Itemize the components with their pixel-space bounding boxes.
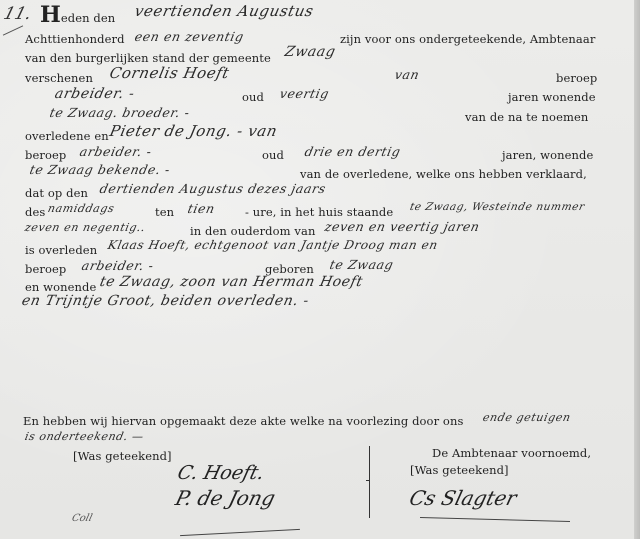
printed-text: en wonende	[25, 280, 96, 294]
printed-text: zijn voor ons ondergeteekende, Ambtenaar	[340, 32, 595, 46]
was-signed-right: [Was geteekend]	[410, 463, 509, 477]
handwritten-occupation-1: arbeider. -	[53, 86, 136, 102]
handwritten-hour: tien	[186, 201, 216, 216]
handwritten-age-2: drie en dertig	[303, 144, 402, 159]
printed-text: oud	[242, 90, 264, 104]
printed-text: is overleden	[25, 243, 97, 257]
handwritten-date: veertienden Augustus	[133, 2, 315, 20]
handwritten-age-1: veertig	[278, 86, 330, 101]
signature-witness-1: C. Hoeft.	[175, 462, 266, 484]
printed-text: ten	[155, 205, 174, 219]
handwritten-declarant-2: Pieter de Jong. - van	[108, 122, 279, 140]
printed-text: beroep	[25, 262, 66, 276]
signature-underline	[180, 529, 300, 536]
handwritten-birthplace: te Zwaag	[328, 257, 395, 272]
handwritten-residence-2: te Zwaag bekende. -	[28, 162, 171, 177]
printed-text: des	[25, 205, 45, 219]
printed-text: van den burgerlijken stand der gemeente	[25, 51, 271, 65]
printed-text: En hebben wij hiervan opgemaakt deze akt…	[23, 414, 463, 428]
signature-underline	[420, 517, 570, 522]
printed-text: dat op den	[25, 186, 88, 200]
entry-number: 11.	[1, 4, 33, 24]
signature-witness-2: P. de Jong	[173, 486, 278, 510]
handwritten-time-of-day: namiddags	[47, 202, 116, 215]
printed-closing: En hebben wij hiervan opgemaakt deze akt…	[23, 414, 463, 428]
handwritten-witnesses: ende getuigen	[482, 411, 572, 424]
ambtenaar-label: De Ambtenaar voornoemd,	[432, 446, 591, 460]
printed-text: in den ouderdom van	[190, 224, 315, 238]
signature-official: Cs Slagter	[407, 486, 519, 510]
handwritten-signed: is onderteekend. —	[24, 430, 145, 443]
printed-text: jaren wonende	[508, 90, 596, 104]
entry-number-underline	[3, 25, 23, 35]
handwritten-death-date: dertienden Augustus dezes jaars	[98, 181, 327, 196]
printed-text: beroep	[25, 148, 66, 162]
printed-text: oud	[262, 148, 284, 162]
margin-note: Coll	[71, 513, 94, 524]
printed-text: beroep	[556, 71, 597, 85]
printed-text: overledene en	[25, 129, 109, 143]
handwritten-residence-relation: te Zwaag. broeder. -	[48, 105, 191, 120]
handwritten-address: te Zwaag, Westeinde nummer	[409, 201, 586, 213]
handwritten-occupation-deceased: arbeider. -	[80, 258, 155, 273]
printed-text: eden den	[61, 11, 115, 25]
printed-text: Achttienhonderd	[25, 32, 125, 46]
handwritten-occupation-2: arbeider. -	[78, 144, 153, 159]
handwritten-declarant-1: Cornelis Hoeft	[108, 64, 231, 82]
handwritten-age-deceased: zeven en veertig jaren	[323, 219, 481, 234]
printed-text: jaren, wonende	[502, 148, 593, 162]
handwritten-year: een en zeventig	[133, 29, 245, 44]
civil-record-page: 11. Heden den veertienden Augustus Achtt…	[0, 0, 640, 539]
handwritten-text: van	[393, 67, 421, 82]
handwritten-municipality: Zwaag	[283, 44, 337, 60]
page-edge	[634, 0, 640, 539]
printed-heden: Heden den	[40, 6, 115, 25]
handwritten-deceased-name: Klaas Hoeft, echtgenoot van Jantje Droog…	[107, 238, 440, 252]
printed-text: - ure, in het huis staande	[245, 205, 393, 219]
handwritten-house-number: zeven en negentig..	[24, 221, 147, 234]
handwritten-parents-1: te Zwaag, zoon van Herman Hoeft	[98, 274, 364, 290]
printed-text: van de overledene, welke ons hebben verk…	[300, 167, 587, 181]
was-signed-left: [Was geteekend]	[73, 449, 172, 463]
handwritten-parents-2: en Trijntje Groot, beiden overleden. -	[20, 293, 310, 309]
printed-text: verschenen	[25, 71, 93, 85]
drop-cap: H	[40, 2, 61, 28]
printed-text: van de na te noemen	[465, 110, 588, 124]
signature-bracket	[369, 446, 376, 518]
